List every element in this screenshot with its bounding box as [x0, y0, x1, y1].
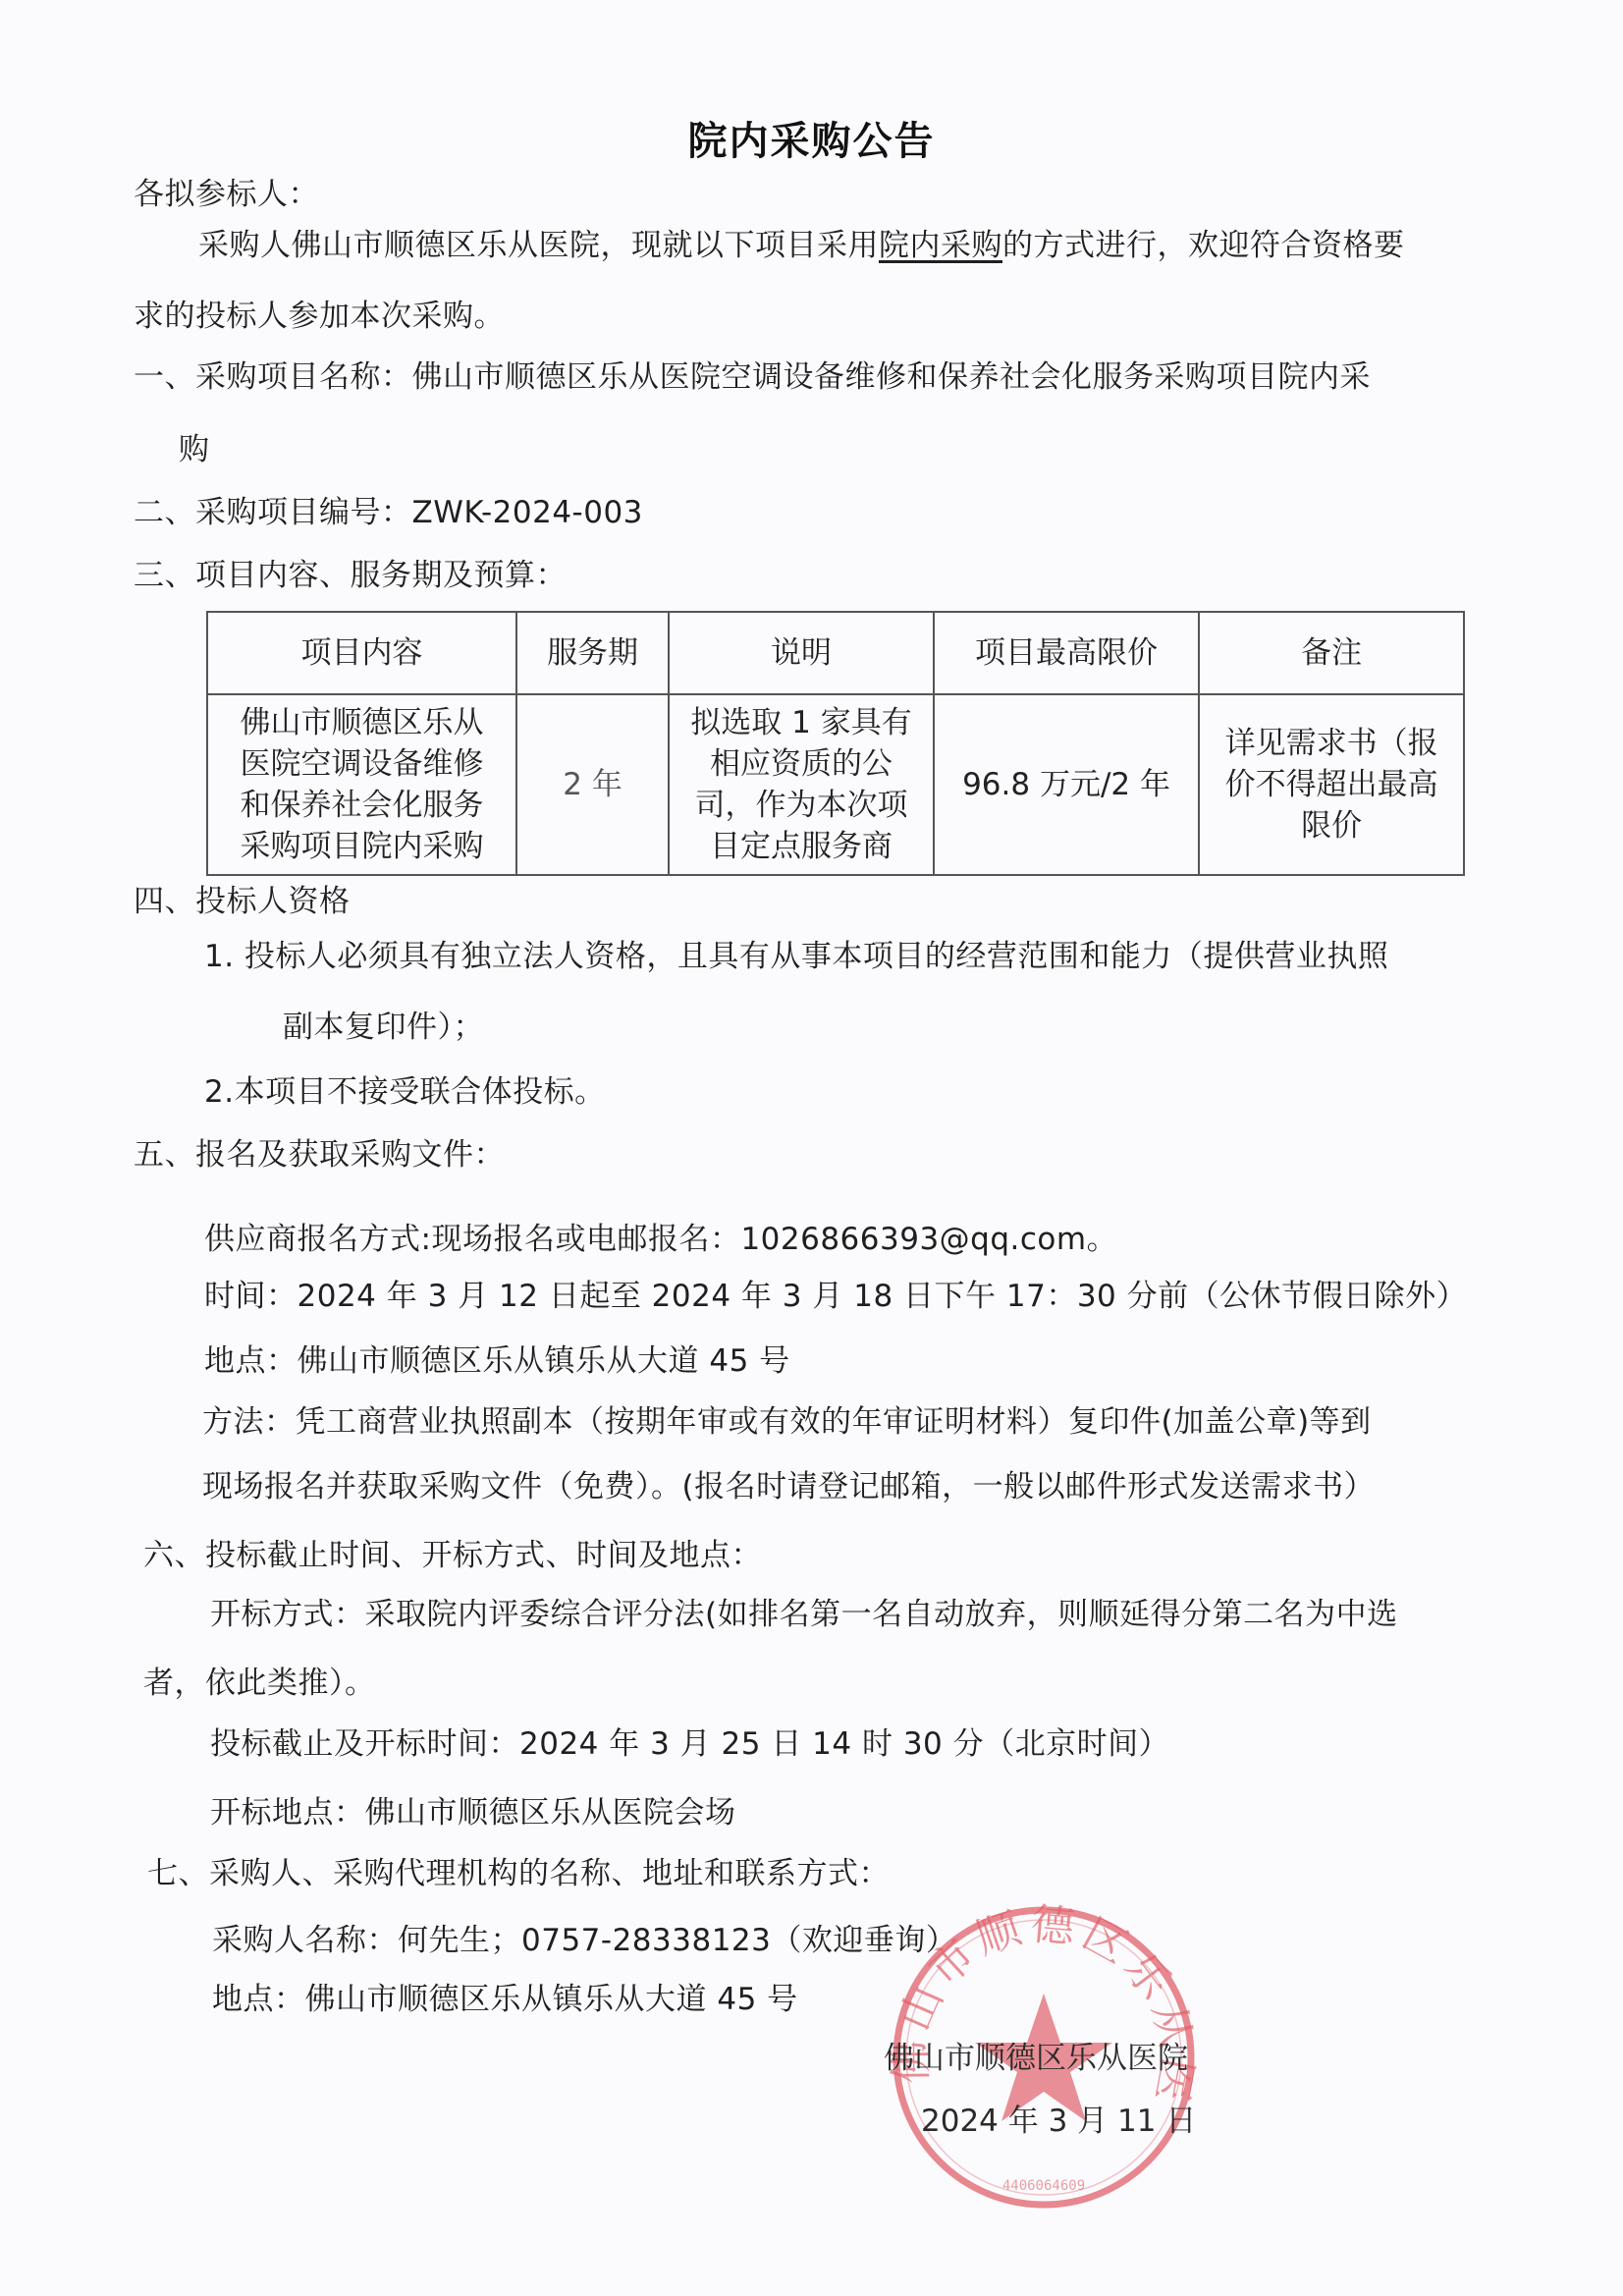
section-3-heading: 三、项目内容、服务期及预算：	[134, 556, 567, 595]
table-header-row: 项目内容 服务期 说明 项目最高限价 备注	[207, 612, 1464, 694]
header-max-price: 项目最高限价	[934, 612, 1199, 694]
svg-text:4406064609: 4406064609	[1002, 2178, 1085, 2194]
cell-description: 拟选取 1 家具有 相应资质的公 司，作为本次项 目定点服务商	[669, 694, 934, 875]
intro-suffix: 的方式进行，欢迎符合资格要	[1002, 228, 1405, 263]
section-5-heading: 五、报名及获取采购文件：	[134, 1135, 505, 1175]
section-4-heading: 四、投标人资格	[134, 882, 351, 921]
bid-deadline: 投标截止及开标时间：2024 年 3 月 25 日 14 时 30 分（北京时间…	[210, 1724, 1169, 1764]
registration-location: 地点：佛山市顺德区乐从镇乐从大道 45 号	[204, 1341, 790, 1381]
section-7-heading: 七、采购人、采购代理机构的名称、地址和联系方式：	[147, 1854, 890, 1893]
registration-method-detail: 方法：凭工商营业执照副本（按期年审或有效的年审证明材料）复印件(加盖公章)等到	[202, 1402, 1372, 1442]
page-title: 院内采购公告	[0, 110, 1623, 166]
table-row: 佛山市顺德区乐从 医院空调设备维修 和保养社会化服务 采购项目院内采购 2 年 …	[207, 694, 1464, 875]
bid-opening-venue: 开标地点：佛山市顺德区乐从医院会场	[210, 1793, 736, 1832]
intro-prefix: 采购人佛山市顺德区乐从医院，现就以下项目采用	[198, 228, 879, 263]
header-remarks: 备注	[1199, 612, 1464, 694]
section-2-project-number: 二、采购项目编号：ZWK-2024-003	[134, 493, 643, 532]
header-period: 服务期	[516, 612, 669, 694]
qualification-item-2: 2.本项目不接受联合体投标。	[204, 1072, 606, 1112]
intro-line-1: 采购人佛山市顺德区乐从医院，现就以下项目采用院内采购的方式进行，欢迎符合资格要	[198, 226, 1405, 265]
intro-line-2: 求的投标人参加本次采购。	[134, 297, 505, 336]
section-1-project-name: 一、采购项目名称：佛山市顺德区乐从医院空调设备维修和保养社会化服务采购项目院内采	[134, 357, 1371, 397]
registration-method: 供应商报名方式:现场报名或电邮报名：1026866393@qq.com。	[204, 1220, 1117, 1259]
header-content: 项目内容	[207, 612, 516, 694]
registration-time: 时间：2024 年 3 月 12 日起至 2024 年 3 月 18 日下午 1…	[204, 1277, 1467, 1316]
bid-opening-method-cont: 者，依此类推）。	[143, 1664, 376, 1703]
signature-organization: 佛山市顺德区乐从医院	[884, 2039, 1188, 2078]
salutation: 各拟参标人：	[134, 175, 319, 214]
header-description: 说明	[669, 612, 934, 694]
cell-period: 2 年	[516, 694, 669, 875]
cell-max-price: 96.8 万元/2 年	[934, 694, 1199, 875]
section-6-heading: 六、投标截止时间、开标方式、时间及地点：	[143, 1536, 762, 1575]
document-page: 院内采购公告 各拟参标人： 采购人佛山市顺德区乐从医院，现就以下项目采用院内采购…	[0, 0, 1623, 2296]
registration-method-detail-cont: 现场报名并获取采购文件（免费）。(报名时请登记邮箱，一般以邮件形式发送需求书）	[202, 1467, 1375, 1506]
section-1-project-name-cont: 购	[179, 430, 210, 469]
qualification-item-1: 1. 投标人必须具有独立法人资格，且具有从事本项目的经营范围和能力（提供营业执照	[204, 937, 1388, 976]
cell-content: 佛山市顺德区乐从 医院空调设备维修 和保养社会化服务 采购项目院内采购	[207, 694, 516, 875]
qualification-item-1-cont: 副本复印件）；	[283, 1008, 484, 1047]
procurement-method-underlined: 院内采购	[879, 228, 1002, 263]
purchaser-contact: 采购人名称：何先生；0757-28338123（欢迎垂询）	[212, 1921, 956, 1960]
signature-date: 2024 年 3 月 11 日	[921, 2102, 1196, 2141]
cell-remarks: 详见需求书（报 价不得超出最高 限价	[1199, 694, 1464, 875]
bid-opening-method: 开标方式：采取院内评委综合评分法(如排名第一名自动放弃，则顺延得分第二名为中选	[210, 1595, 1398, 1634]
purchaser-address: 地点：佛山市顺德区乐从镇乐从大道 45 号	[212, 1980, 798, 2019]
budget-table: 项目内容 服务期 说明 项目最高限价 备注 佛山市顺德区乐从 医院空调设备维修 …	[206, 611, 1465, 876]
